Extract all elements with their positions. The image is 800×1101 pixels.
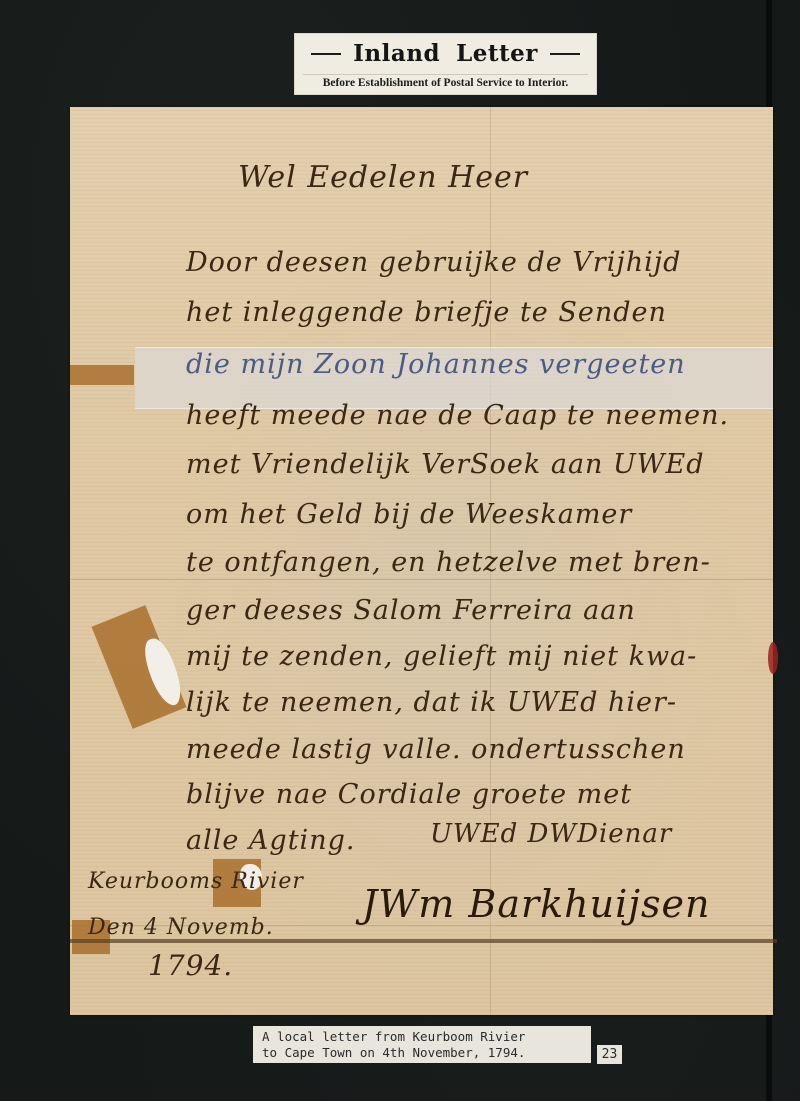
body-line-1: Door deesen gebruijke de Vrijhijd <box>186 247 681 278</box>
body-line-2: het inleggende briefje te Senden <box>186 297 667 328</box>
dash-ornament-left <box>311 53 341 55</box>
header-subtitle: Before Establishment of Postal Service t… <box>295 77 596 89</box>
body-line-13: alle Agting. <box>186 825 355 856</box>
body-line-11: meede lastig valle. ondertusschen <box>186 734 686 765</box>
title-text: InlandLetter <box>353 40 538 67</box>
caption-label: A local letter from Keurboom Rivier to C… <box>253 1026 591 1063</box>
body-line-5: met Vriendelijk VerSoek aan UWEd <box>186 449 705 480</box>
title-word-inland: Inland <box>353 40 440 67</box>
year: 1794. <box>148 949 233 982</box>
hinge-stain-top <box>70 365 134 385</box>
title-word-letter: Letter <box>456 40 538 67</box>
body-line-3: die mijn Zoon Johannes vergeeten <box>186 349 686 380</box>
header-title: InlandLetter <box>295 40 596 67</box>
page-number: 23 <box>597 1045 622 1064</box>
header-label: InlandLetter Before Establishment of Pos… <box>295 34 596 94</box>
dash-ornament-right <box>550 53 580 55</box>
body-line-6: om het Geld bij de Weeskamer <box>186 499 632 530</box>
body-line-7: te ontfangen, en hetzelve met bren- <box>186 547 711 578</box>
date-line: Den 4 Novemb. <box>88 915 274 940</box>
salutation: Wel Eedelen Heer <box>238 160 528 195</box>
letter-document: Wel Eedelen Heer Door deesen gebruijke d… <box>70 107 773 1015</box>
signature: JWm Barkhuijsen <box>362 882 711 926</box>
body-line-9: mij te zenden, gelieft mij niet kwa- <box>186 641 697 672</box>
fold-line-horizontal <box>70 579 773 580</box>
body-line-12: blijve nae Cordiale groete met <box>186 779 632 810</box>
place-of-origin: Keurbooms Rivier <box>88 869 304 894</box>
header-divider <box>303 74 588 75</box>
closing-formula: UWEd DWDienar <box>430 819 672 849</box>
wax-seal-remnant <box>768 642 778 674</box>
body-line-4: heeft meede nae de Caap te neemen. <box>186 400 729 431</box>
caption-line-1: A local letter from Keurboom Rivier <box>262 1029 591 1045</box>
caption-line-2: to Cape Town on 4th November, 1794. <box>262 1045 591 1061</box>
body-line-8: ger deeses Salom Ferreira aan <box>186 595 636 626</box>
body-line-10: lijk te neemen, dat ik UWEd hier- <box>186 687 677 718</box>
